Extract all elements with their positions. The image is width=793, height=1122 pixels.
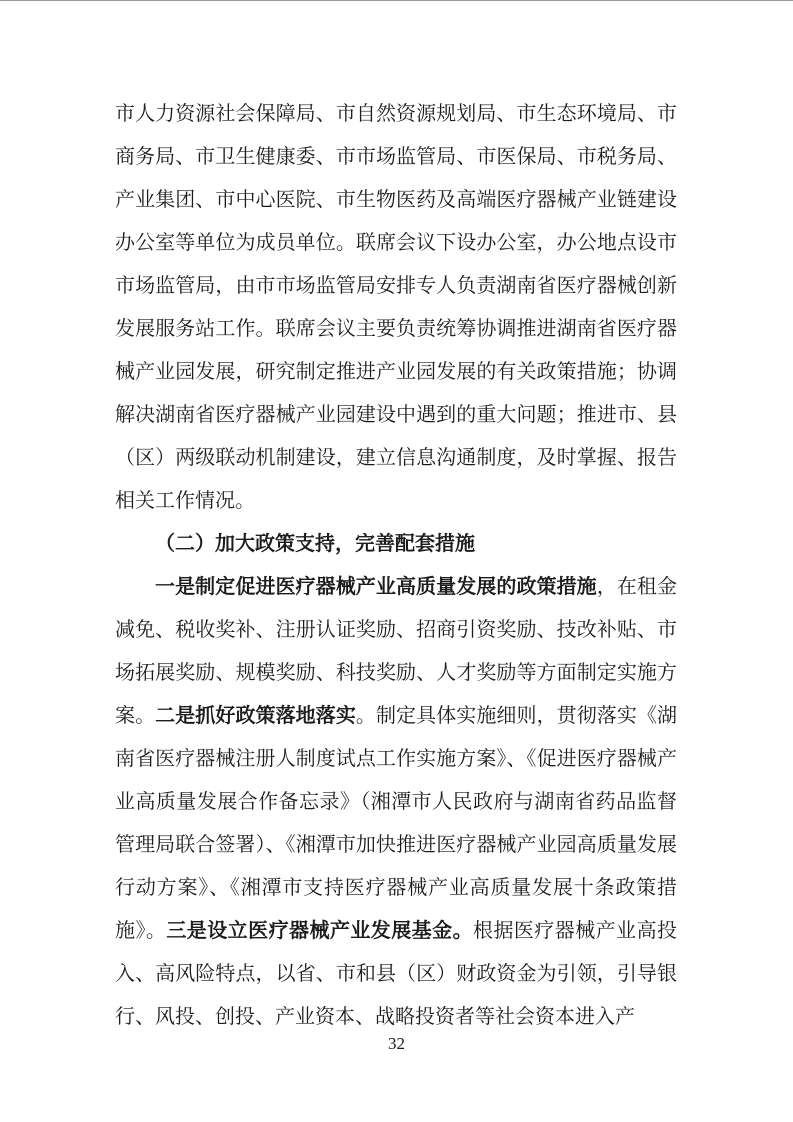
section-heading: （二）加大政策支持，完善配套措施: [115, 523, 677, 566]
document-body: 市人力资源社会保障局、市自然资源规划局、市生态环境局、市商务局、市卫生健康委、市…: [115, 93, 677, 1039]
bold-text-run: 二是抓好政策落地落实: [155, 705, 356, 727]
text-run: 。制定具体实施细则，贯彻落实《湖南省医疗器械注册人制度试点工作实施方案》、《促进…: [115, 705, 677, 942]
paragraph-measures: 一是制定促进医疗器械产业高质量发展的政策措施，在租金减免、税收奖补、注册认证奖励…: [115, 566, 677, 1039]
document-page: 市人力资源社会保障局、市自然资源规划局、市生态环境局、市商务局、市卫生健康委、市…: [0, 0, 793, 1122]
scan-edge-line: [0, 0, 793, 1]
page-number: 32: [0, 1033, 793, 1055]
paragraph-continuation: 市人力资源社会保障局、市自然资源规划局、市生态环境局、市商务局、市卫生健康委、市…: [115, 93, 677, 523]
bold-text-run: （二）加大政策支持，完善配套措施: [155, 533, 475, 555]
text-run: 市人力资源社会保障局、市自然资源规划局、市生态环境局、市商务局、市卫生健康委、市…: [115, 103, 677, 512]
bold-text-run: 一是制定促进医疗器械产业高质量发展的政策措施: [155, 576, 597, 598]
bold-text-run: 三是设立医疗器械产业发展基金。: [166, 920, 473, 942]
